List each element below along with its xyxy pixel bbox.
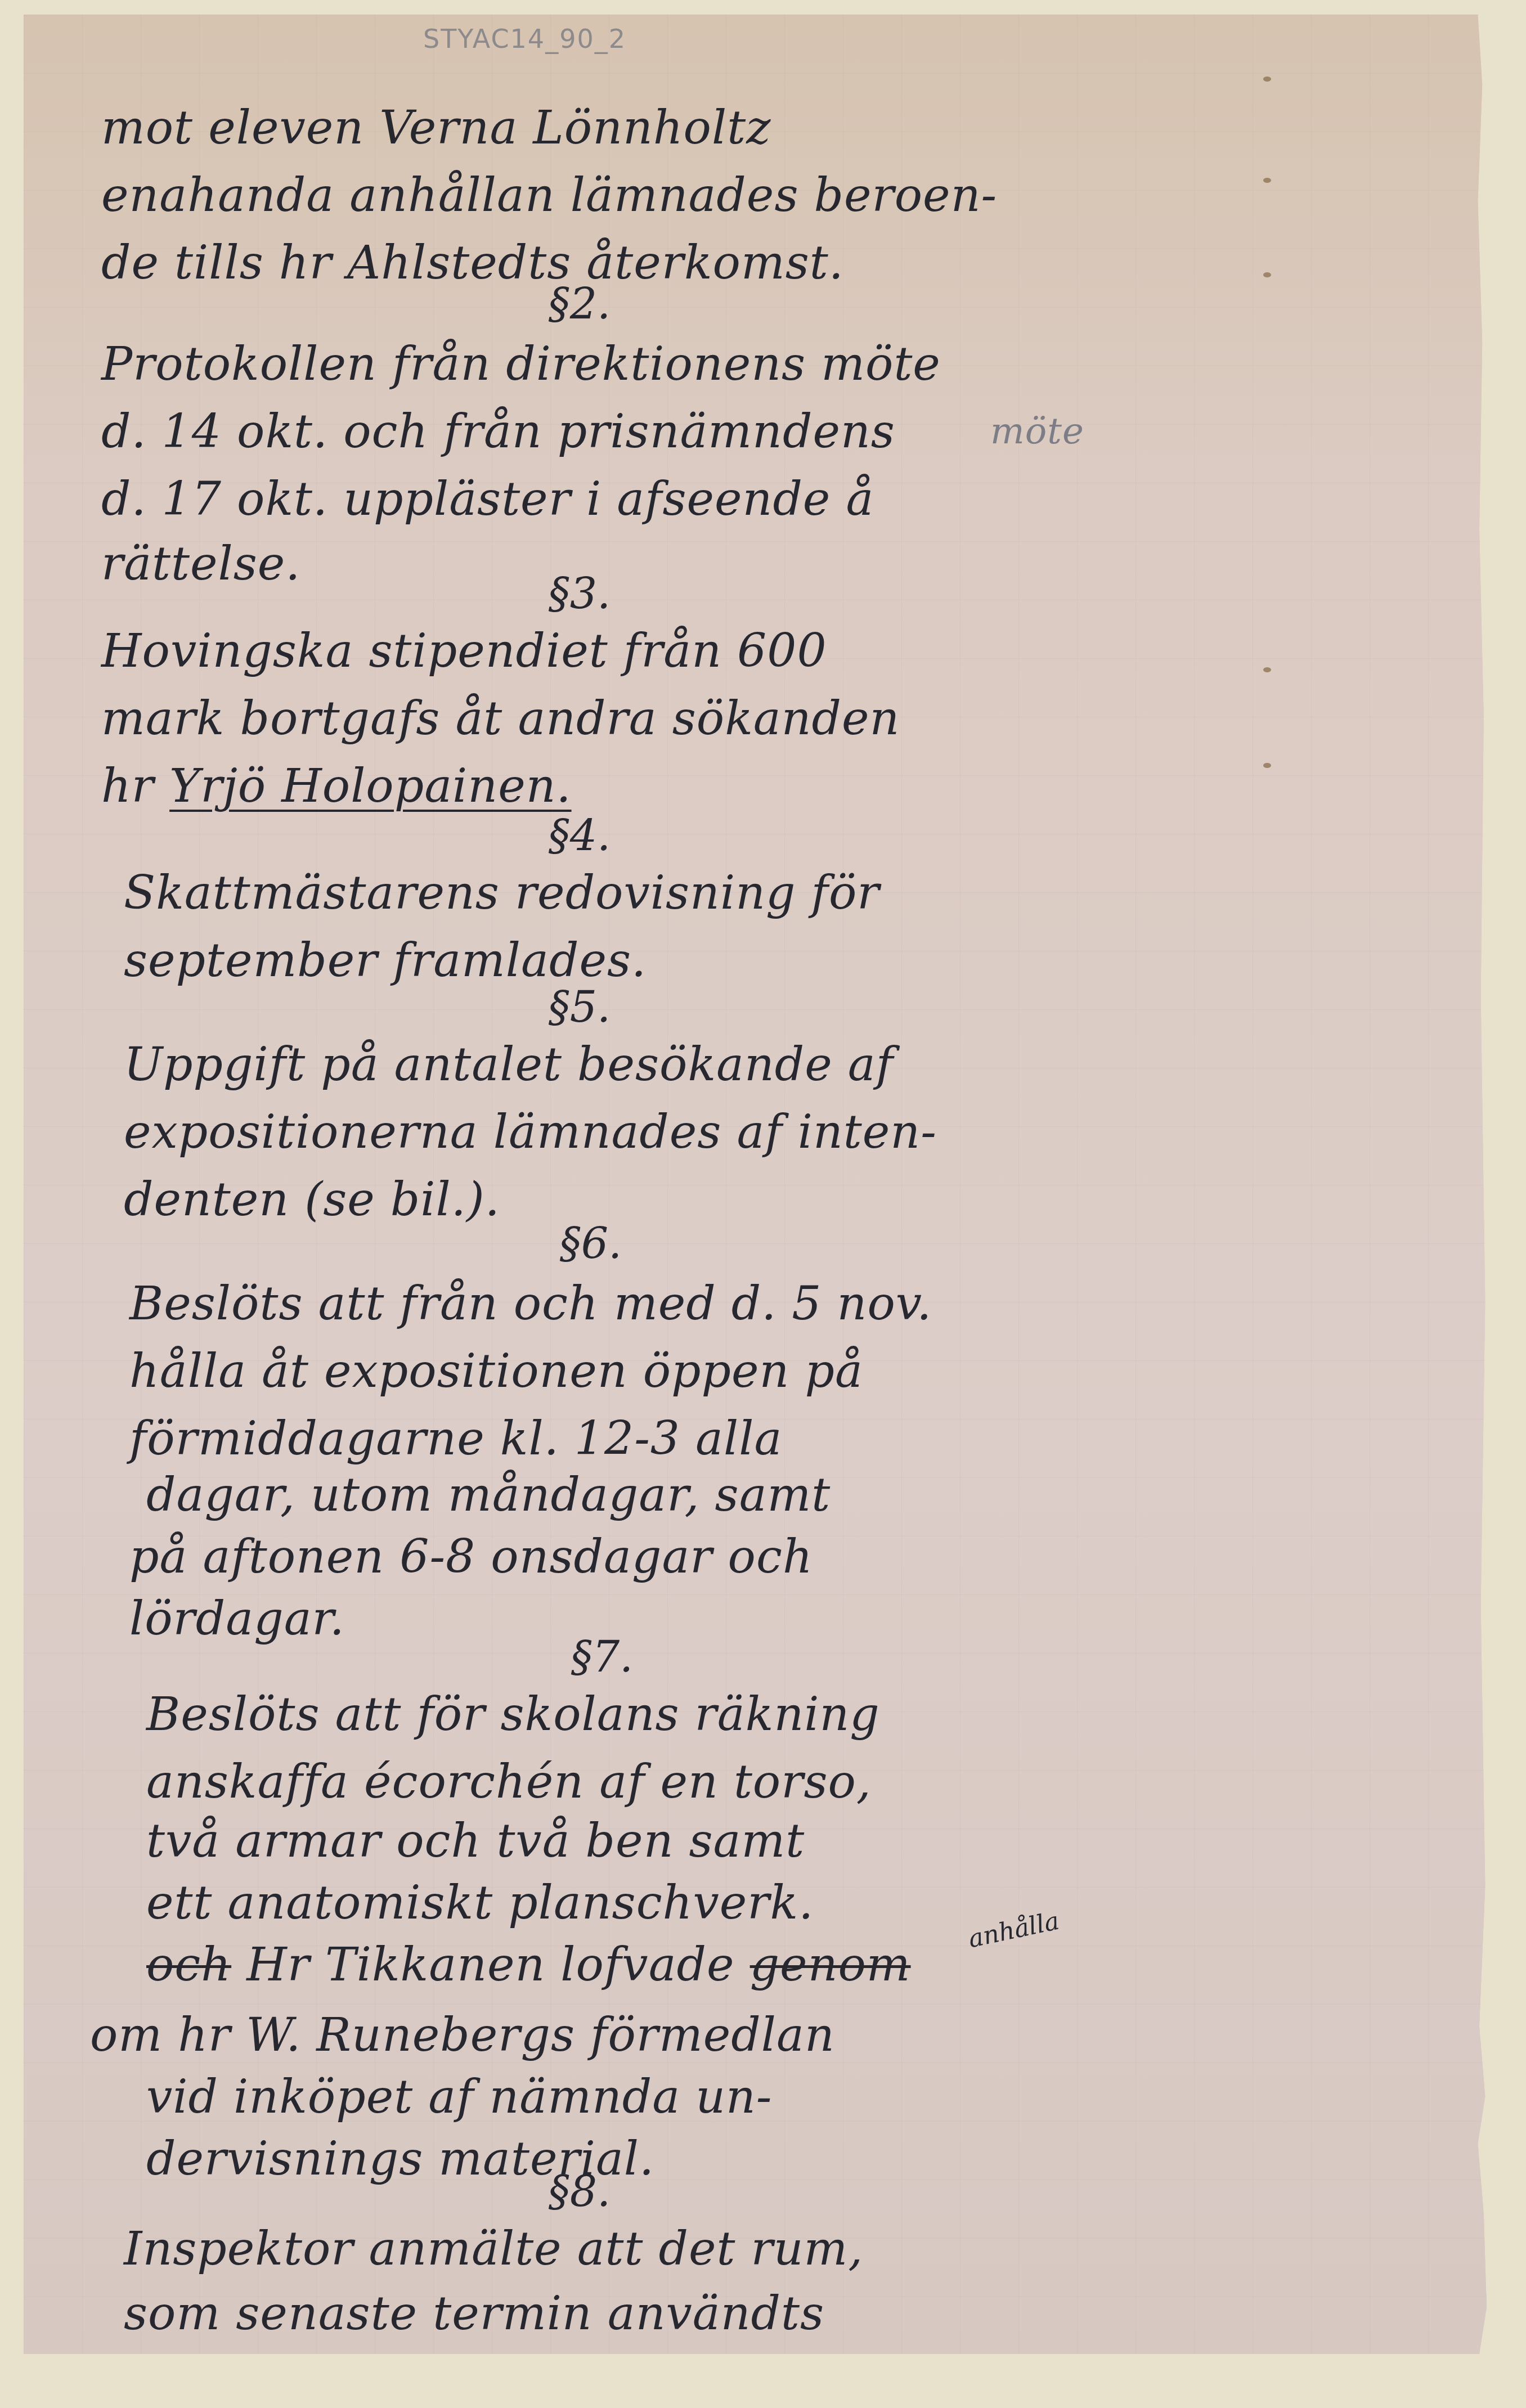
section-5-line-3: denten (se bil.). (124, 1173, 500, 1227)
section-3-line-3: hr Yrjö Holopainen. (101, 760, 572, 813)
struck-insert: genom (750, 1938, 911, 1992)
section-6-line-3: förmiddagarne kl. 12-3 alla (129, 1412, 782, 1466)
section-6-line-1: Beslöts att från och med d. 5 nov. (129, 1277, 932, 1331)
section-6-line-5: på aftonen 6-8 onsdagar och (129, 1530, 813, 1584)
inserted-word-above: anhålla (966, 1907, 1062, 1954)
section-7-line-1: Beslöts att för skolans räkning (146, 1688, 880, 1741)
handwritten-minutes: mot eleven Verna Lönnholtz enahanda anhå… (0, 0, 1526, 2408)
section-8-line-1: Inspektor anmälte att det rum, (124, 2222, 863, 2276)
section-2-line-3: d. 17 okt. uppläster i afseende å (101, 473, 874, 526)
section-7-margin-line: om hr W. Runebergs förmedlan (90, 2009, 835, 2062)
stipend-recipient-name: Yrjö Holopainen. (169, 760, 571, 813)
section-2-line-2: d. 14 okt. och från prisnämndens (101, 405, 895, 459)
pencil-insert-mote: möte (990, 411, 1084, 452)
section-3-line-1: Hovingska stipendiet från 600 (101, 625, 827, 678)
section-3-prefix: hr (101, 760, 169, 813)
section-7-line-5-text: Hr Tikkanen lofvade (246, 1938, 734, 1992)
section-5-line-2: expositionerna lämnades af inten- (124, 1106, 937, 1159)
section-heading-3: §3. (495, 568, 664, 618)
section-heading-5: §5. (495, 982, 664, 1032)
section-4-line-1: Skattmästarens redovisning för (124, 866, 879, 920)
intro-line-3: de tills hr Ahlstedts återkomst. (101, 236, 844, 290)
section-7-line-7: vid inköpet af nämnda un- (146, 2070, 773, 2124)
section-7-line-2: anskaffa écorchén af en torso, (146, 1755, 872, 1809)
section-6-line-4: dagar, utom måndagar, samt (146, 1468, 831, 1522)
section-heading-7: §7. (518, 1632, 686, 1682)
section-2-line-1: Protokollen från direktionens möte (101, 338, 941, 391)
section-heading-4: §4. (495, 810, 664, 860)
intro-line-1: mot eleven Verna Lönnholtz (101, 101, 771, 155)
struck-word: och (146, 1938, 231, 1992)
section-heading-2: §2. (495, 278, 664, 329)
section-7-line-3: två armar och två ben samt (146, 1814, 805, 1868)
section-7-line-4: ett anatomiskt planschverk. (146, 1876, 814, 1930)
intro-line-2: enahanda anhållan lämnades beroen- (101, 169, 997, 222)
section-heading-8: §8. (495, 2166, 664, 2216)
section-6-line-6: lördagar. (129, 1592, 345, 1646)
section-6-line-2: hålla åt expositionen öppen på (129, 1345, 863, 1398)
section-4-line-2: september framlades. (124, 934, 647, 987)
section-2-line-4: rättelse. (101, 537, 300, 591)
section-heading-6: §6. (506, 1218, 675, 1268)
section-7-line-5: och Hr Tikkanen lofvade genom (146, 1938, 911, 1992)
section-8-line-2: som senaste termin användts (124, 2287, 824, 2340)
section-5-line-1: Uppgift på antalet besökande af (124, 1038, 894, 1091)
margin-word: om (90, 2009, 163, 2062)
section-7-line-6: hr W. Runebergs förmedlan (178, 2009, 835, 2062)
section-3-line-2: mark bortgafs åt andra sökanden (101, 692, 900, 745)
